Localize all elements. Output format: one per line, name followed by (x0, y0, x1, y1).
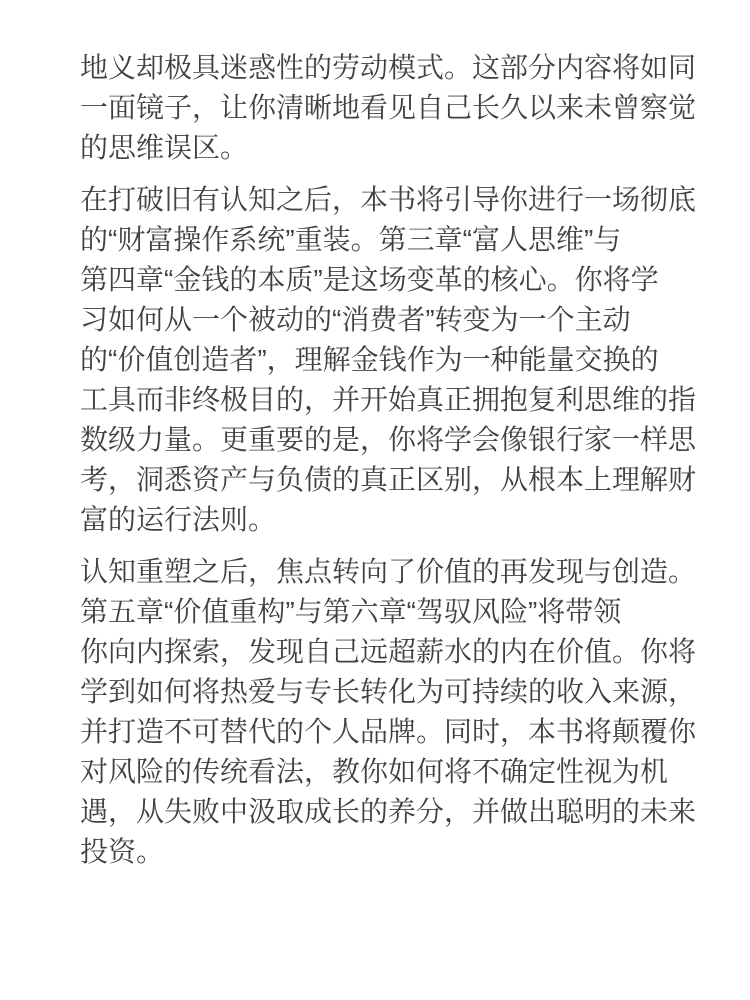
text-line: 工具而非终极目的，并开始真正拥抱复利思维的指 (80, 380, 700, 420)
text-line: 在打破旧有认知之后，本书将引导你进行一场彻底 (80, 180, 700, 220)
text-line: 你向内探索，发现自己远超薪水的内在价值。你将 (80, 632, 700, 672)
text-line: 第四章“金钱的本质”是这场变革的核心。你将学 (80, 260, 700, 300)
text-line: 数级力量。更重要的是，你将学会像银行家一样思 (80, 420, 700, 460)
paragraph-1: 地义却极具迷惑性的劳动模式。这部分内容将如同 一面镜子，让你清晰地看见自己长久以… (80, 48, 700, 168)
paragraph-3: 认知重塑之后，焦点转向了价值的再发现与创造。 第五章“价值重构”与第六章“驾驭风… (80, 552, 700, 872)
text-line: 并打造不可替代的个人品牌。同时，本书将颠覆你 (80, 712, 700, 752)
text-line: 的“财富操作系统”重装。第三章“富人思维”与 (80, 220, 700, 260)
text-line: 第五章“价值重构”与第六章“驾驭风险”将带领 (80, 592, 700, 632)
text-line: 考，洞悉资产与负债的真正区别，从根本上理解财 (80, 460, 700, 500)
text-line: 地义却极具迷惑性的劳动模式。这部分内容将如同 (80, 48, 700, 88)
paragraph-2: 在打破旧有认知之后，本书将引导你进行一场彻底 的“财富操作系统”重装。第三章“富… (80, 180, 700, 540)
text-line: 遇，从失败中汲取成长的养分，并做出聪明的未来 (80, 792, 700, 832)
text-line: 认知重塑之后，焦点转向了价值的再发现与创造。 (80, 552, 700, 592)
text-line: 对风险的传统看法，教你如何将不确定性视为机 (80, 752, 700, 792)
text-line: 投资。 (80, 832, 700, 872)
document-page: 地义却极具迷惑性的劳动模式。这部分内容将如同 一面镜子，让你清晰地看见自己长久以… (0, 0, 750, 1000)
text-line: 一面镜子，让你清晰地看见自己长久以来未曾察觉 (80, 88, 700, 128)
text-line: 的“价值创造者”，理解金钱作为一种能量交换的 (80, 340, 700, 380)
text-line: 习如何从一个被动的“消费者”转变为一个主动 (80, 300, 700, 340)
text-line: 学到如何将热爱与专长转化为可持续的收入来源， (80, 672, 700, 712)
text-line: 富的运行法则。 (80, 500, 700, 540)
text-line: 的思维误区。 (80, 128, 700, 168)
